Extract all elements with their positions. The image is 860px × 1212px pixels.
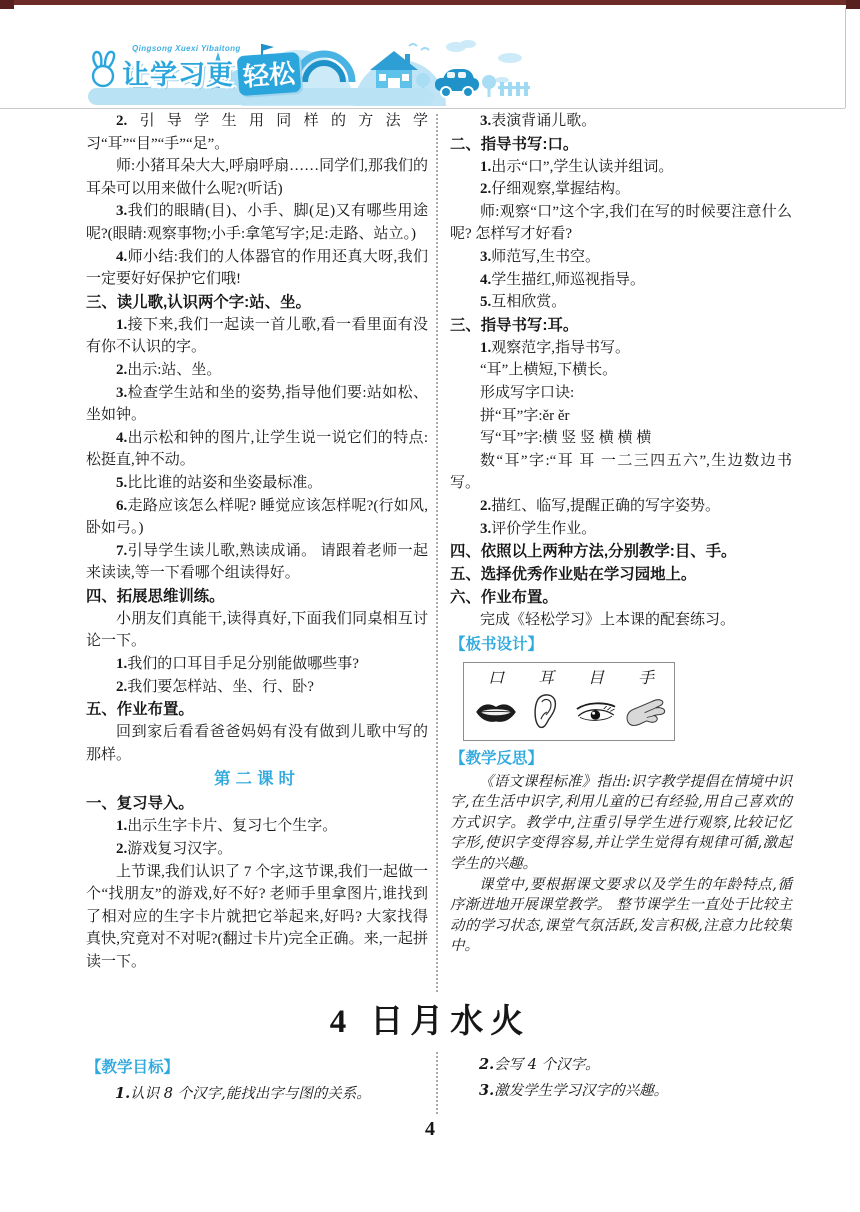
rabbit-hand-icon [86, 50, 122, 90]
item-number: 2. [480, 181, 491, 197]
item-number: 1. [116, 818, 127, 834]
item-number: 1. [480, 340, 491, 356]
page-edge-line [845, 8, 846, 108]
fence-icon [498, 82, 530, 96]
numbered-paragraph: 1.接下来,我们一起读一首儿歌,看一看里面有没有你不认识的字。 [86, 314, 428, 359]
item-number: 3. [480, 113, 491, 129]
item-number: 1. [115, 1085, 130, 1102]
item-number: 2. [116, 679, 127, 695]
goals-column-divider [436, 1052, 438, 1114]
paragraph: 师:观察“口”这个字,我们在写的时候要注意什么呢? 怎样写才好看? [450, 201, 792, 246]
item-number: 4. [116, 249, 127, 265]
goal-item: 2.会写 4 个汉字。 [450, 1052, 792, 1078]
numbered-paragraph: 7.引导学生读儿歌,熟读成诵。 请跟着老师一起来读读,等一下看哪个组读得好。 [86, 540, 428, 585]
reflection-paragraph: 《语文课程标准》指出:识字教学提倡在情境中识字,在生活中识字,利用儿童的已有经验… [450, 772, 792, 875]
item-number: 2. [116, 841, 127, 857]
paragraph: 数“耳”字:“耳 耳 一二三四五六”,生边数边书写。 [450, 450, 792, 495]
numbered-paragraph: 3.检查学生站和坐的姿势,指导他们要:站如松、坐如钟。 [86, 382, 428, 427]
paragraph: 完成《轻松学习》上本课的配套练习。 [450, 609, 792, 632]
paragraph: 形成写字口诀: [450, 382, 792, 405]
site-logo: Qingsong Xuexi Yibaitong 让学习更轻松 [86, 42, 446, 106]
board-label: 手 [624, 669, 668, 689]
header-banner: Qingsong Xuexi Yibaitong 让学习更轻松 [86, 38, 710, 108]
lesson-period-heading: 第二课时 [86, 767, 428, 791]
goal-item: 1.认识 8 个汉字,能找出字与图的关系。 [86, 1081, 428, 1107]
item-number: 3. [479, 1082, 494, 1099]
numbered-paragraph: 2.引导学生用同样的方法学习“耳”“目”“手”“足”。 [86, 110, 428, 155]
item-number: 1. [116, 317, 127, 333]
paragraph: 拼“耳”字:ěr ěr [450, 405, 792, 428]
lesson-number: 4 [330, 1004, 347, 1040]
numbered-paragraph: 2.描红、临写,提醒正确的写字姿势。 [450, 495, 792, 518]
lesson-title-text: 日月水火 [370, 1004, 530, 1040]
paragraph: 上节课,我们认识了 7 个字,这节课,我们一起做一个“找朋友”的游戏,好不好? … [86, 861, 428, 974]
page-top-edge [0, 0, 860, 5]
numbered-paragraph: 1.我们的口耳目手足分别能做哪些事? [86, 653, 428, 676]
round-tree-icon [482, 75, 496, 97]
paragraph: 写“耳”字:横 竖 竖 横 横 横 [450, 427, 792, 450]
goal-item: 3.激发学生学习汉字的兴趣。 [450, 1078, 792, 1104]
paragraph: 回到家后看看爸爸妈妈有没有做到儿歌中写的那样。 [86, 721, 428, 766]
teaching-goals-section: 【教学目标】1.认识 8 个汉字,能找出字与图的关系。 2.会写 4 个汉字。3… [86, 1052, 792, 1122]
board-design-box: 口 耳 目 手 [463, 662, 675, 741]
hand-image [624, 692, 668, 732]
section-heading: 四、依照以上两种方法,分别教学:目、手。 [450, 540, 792, 563]
numbered-paragraph: 2.游戏复习汉字。 [86, 838, 428, 861]
section-heading: 四、拓展思维训练。 [86, 585, 428, 608]
blue-section-label: 【教学反思】 [450, 747, 792, 771]
section-heading: 五、选择优秀作业贴在学习园地上。 [450, 563, 792, 586]
item-number: 1. [116, 656, 127, 672]
section-heading: 二、指导书写:口。 [450, 133, 792, 156]
numbered-paragraph: 5.比比谁的站姿和坐姿最标准。 [86, 472, 428, 495]
numbered-paragraph: 3.我们的眼睛(目)、小手、脚(足)又有哪些用途呢?(眼睛:观察事物;小手:拿笔… [86, 200, 428, 245]
item-number: 5. [116, 475, 127, 491]
item-number: 6. [116, 498, 127, 514]
left-column: 2.引导学生用同样的方法学习“耳”“目”“手”“足”。师:小猪耳朵大大,呼扇呼扇… [86, 110, 428, 974]
numbered-paragraph: 2.我们要怎样站、坐、行、卧? [86, 676, 428, 699]
ear-image [524, 692, 568, 732]
item-number: 7. [116, 543, 127, 559]
numbered-paragraph: 5.互相欣赏。 [450, 291, 792, 314]
logo-text: 让学习更轻松 [122, 53, 300, 94]
logo-text-front: 让学习更 [122, 60, 234, 90]
column-divider [436, 114, 438, 992]
numbered-paragraph: 1.出示生字卡片、复习七个生字。 [86, 815, 428, 838]
board-label: 口 [474, 669, 518, 689]
item-number: 3. [116, 385, 127, 401]
item-number: 3. [116, 203, 127, 219]
numbered-paragraph: 3.表演背诵儿歌。 [450, 110, 792, 133]
item-number: 2. [116, 113, 127, 129]
item-number: 4. [480, 272, 491, 288]
paragraph: 师:小猪耳朵大大,呼扇呼扇……同学们,那我们的耳朵可以用来做什么呢?(听话) [86, 155, 428, 200]
reflection-paragraph: 课堂中,要根据课文要求以及学生的年龄特点,循序渐进地开展课堂教学。 整节课学生一… [450, 875, 792, 957]
section-heading: 六、作业布置。 [450, 586, 792, 609]
numbered-paragraph: 6.走路应该怎么样呢? 睡觉应该怎样呢?(行如风,卧如弓。) [86, 495, 428, 540]
numbered-paragraph: 2.出示:站、坐。 [86, 359, 428, 382]
item-number: 2. [479, 1056, 494, 1073]
item-number: 3. [480, 521, 491, 537]
top-right-corner-mark [846, 0, 860, 9]
goals-left-column: 【教学目标】1.认识 8 个汉字,能找出字与图的关系。 [86, 1055, 428, 1107]
section-heading: 五、作业布置。 [86, 698, 428, 721]
lips-image [474, 692, 518, 732]
eye-image [574, 692, 618, 732]
lesson-title: 4日月水火 [0, 1000, 860, 1044]
numbered-paragraph: 4.学生描红,师巡视指导。 [450, 269, 792, 292]
item-number: 1. [480, 159, 491, 175]
paragraph: “耳”上横短,下横长。 [450, 359, 792, 382]
header-rule [0, 108, 845, 109]
item-number: 2. [116, 362, 127, 378]
board-label: 耳 [524, 669, 568, 689]
right-column: 3.表演背诵儿歌。二、指导书写:口。1.出示“口”,学生认读并组词。2.仔细观察… [450, 110, 792, 957]
logo-text-back: 轻松 [237, 52, 302, 96]
item-number: 5. [480, 294, 491, 310]
logo-tagline: Qingsong Xuexi Yibaitong [132, 44, 241, 53]
blue-section-label: 【板书设计】 [450, 633, 792, 657]
board-label: 目 [574, 669, 618, 689]
numbered-paragraph: 4.出示松和钟的图片,让学生说一说它们的特点:松挺直,钟不动。 [86, 427, 428, 472]
section-heading: 三、读儿歌,认识两个字:站、坐。 [86, 291, 428, 314]
scanned-lesson-plan-page: Qingsong Xuexi Yibaitong 让学习更轻松 2.引导学生用同… [0, 0, 860, 1212]
section-heading: 一、复习导入。 [86, 792, 428, 815]
item-number: 3. [480, 249, 491, 265]
paragraph: 小朋友们真能干,读得真好,下面我们同桌相互讨论一下。 [86, 608, 428, 653]
blue-section-label: 【教学目标】 [86, 1056, 428, 1080]
item-number: 2. [480, 498, 491, 514]
goals-right-column: 2.会写 4 个汉字。3.激发学生学习汉字的兴趣。 [450, 1052, 792, 1104]
top-left-corner-mark [0, 0, 14, 9]
numbered-paragraph: 2.仔细观察,掌握结构。 [450, 178, 792, 201]
section-heading: 三、指导书写:耳。 [450, 314, 792, 337]
numbered-paragraph: 4.师小结:我们的人体器官的作用还真大呀,我们一定要好好保护它们哦! [86, 246, 428, 291]
numbered-paragraph: 1.出示“口”,学生认读并组词。 [450, 156, 792, 179]
numbered-paragraph: 3.师范写,生书空。 [450, 246, 792, 269]
numbered-paragraph: 3.评价学生作业。 [450, 518, 792, 541]
page-number: 4 [0, 1116, 860, 1142]
numbered-paragraph: 1.观察范字,指导书写。 [450, 337, 792, 360]
item-number: 4. [116, 430, 127, 446]
